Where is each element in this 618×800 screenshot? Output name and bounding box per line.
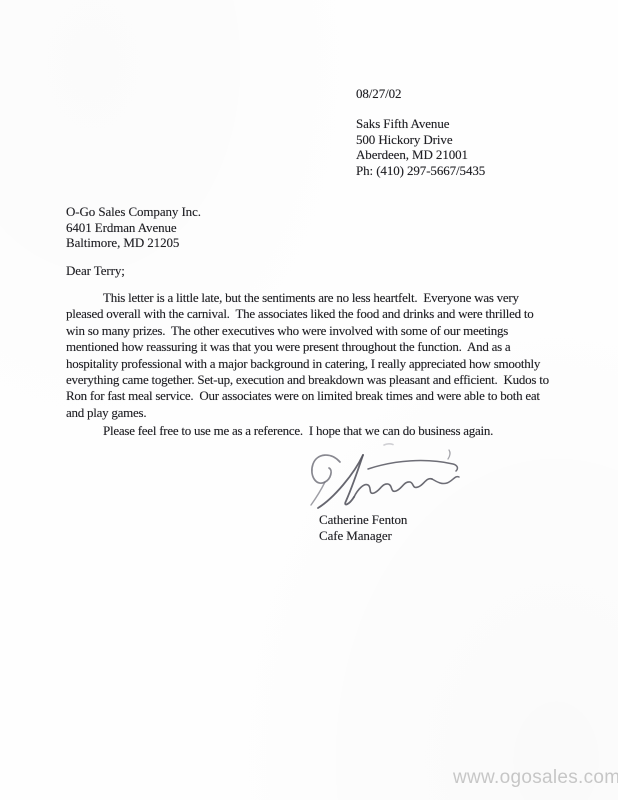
salutation: Dear Terry; — [66, 263, 125, 279]
sender-address-block: Saks Fifth Avenue 500 Hickory Drive Aber… — [356, 116, 485, 179]
watermark-url: www.ogosales.com — [453, 767, 618, 789]
recipient-address-block: O-Go Sales Company Inc. 6401 Erdman Aven… — [66, 204, 201, 251]
scanned-letter-page: 08/27/02 Saks Fifth Avenue 500 Hickory D… — [0, 0, 618, 800]
recipient-city-state-zip: Baltimore, MD 21205 — [66, 235, 201, 251]
letter-date: 08/27/02 — [356, 86, 401, 102]
sender-city-state-zip: Aberdeen, MD 21001 — [356, 147, 485, 163]
handwritten-signature — [300, 438, 480, 516]
sender-name: Saks Fifth Avenue — [356, 116, 485, 132]
sender-phone: Ph: (410) 297-5667/5435 — [356, 163, 485, 179]
body-paragraph-1: This letter is a little late, but the se… — [66, 290, 549, 421]
sender-street: 500 Hickory Drive — [356, 132, 485, 148]
signer-title: Cafe Manager — [319, 528, 407, 544]
recipient-company: O-Go Sales Company Inc. — [66, 204, 201, 220]
recipient-street: 6401 Erdman Avenue — [66, 220, 201, 236]
body-paragraph-2: Please feel free to use me as a referenc… — [66, 423, 493, 439]
signer-name: Catherine Fenton — [319, 512, 407, 528]
signer-block: Catherine Fenton Cafe Manager — [319, 512, 407, 544]
